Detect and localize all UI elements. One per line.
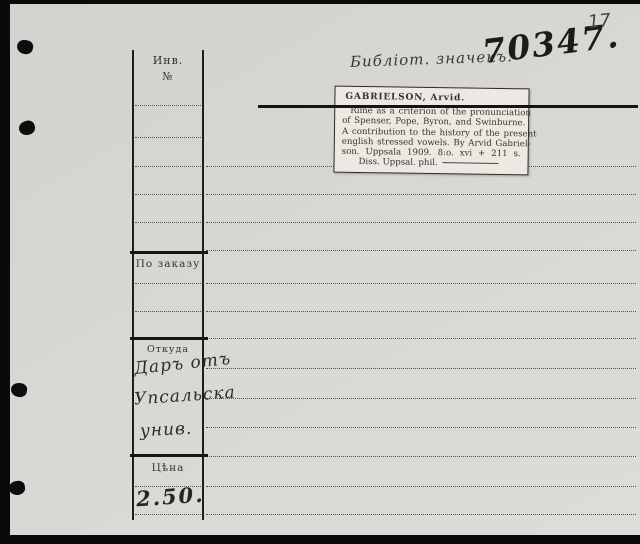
dotted-rule: [206, 486, 636, 487]
dotted-rule: [135, 166, 201, 167]
dotted-rule: [135, 137, 201, 138]
dotted-rule: [206, 398, 636, 399]
dotted-rule: [206, 368, 636, 369]
column-separator: [130, 251, 208, 254]
dotted-rule: [206, 222, 636, 223]
column-separator: [130, 454, 208, 457]
dotted-rule: [206, 194, 636, 195]
dotted-rule: [206, 283, 636, 284]
dotted-rule: [206, 427, 636, 428]
slip-body: Rime as a criterion of the pronunciation…: [342, 106, 522, 160]
column-separator: [130, 337, 208, 340]
dotted-rule: [135, 105, 201, 106]
column-left-line: [132, 50, 134, 520]
price-label: Цѣна: [132, 462, 204, 474]
dotted-rule: [206, 514, 636, 515]
inventory-label-line1: Инв.: [132, 54, 204, 67]
inventory-label-line2: №: [132, 70, 204, 83]
fill-rule: [443, 163, 499, 165]
dotted-rule: [135, 311, 201, 312]
corner-number-handwriting: 17: [587, 10, 612, 33]
column-right-line: [202, 50, 204, 520]
dotted-rule: [206, 456, 636, 457]
dotted-rule: [206, 338, 636, 339]
dotted-rule: [206, 250, 636, 251]
dotted-rule: [135, 194, 201, 195]
slip-author: GABRIELSON, Arvid.: [345, 92, 528, 105]
dotted-rule: [206, 311, 636, 312]
dotted-rule: [135, 222, 201, 223]
order-label: По заказу: [132, 258, 204, 270]
header-rule: [258, 105, 638, 108]
photo-frame: Инв. № По заказу Откуда Цѣна GABRIELSON,…: [0, 0, 640, 544]
origin-handwriting-line: унив.: [140, 419, 193, 442]
slip-dissertation-note: Diss. Uppsal. phil.: [358, 157, 527, 170]
price-handwriting: 2.50.: [135, 482, 205, 512]
slip-dissertation-text: Diss. Uppsal. phil.: [358, 157, 437, 168]
dotted-rule: [135, 514, 201, 515]
slip: GABRIELSON, Arvid. Rime as a criterion o…: [333, 86, 529, 176]
dotted-rule: [135, 283, 201, 284]
